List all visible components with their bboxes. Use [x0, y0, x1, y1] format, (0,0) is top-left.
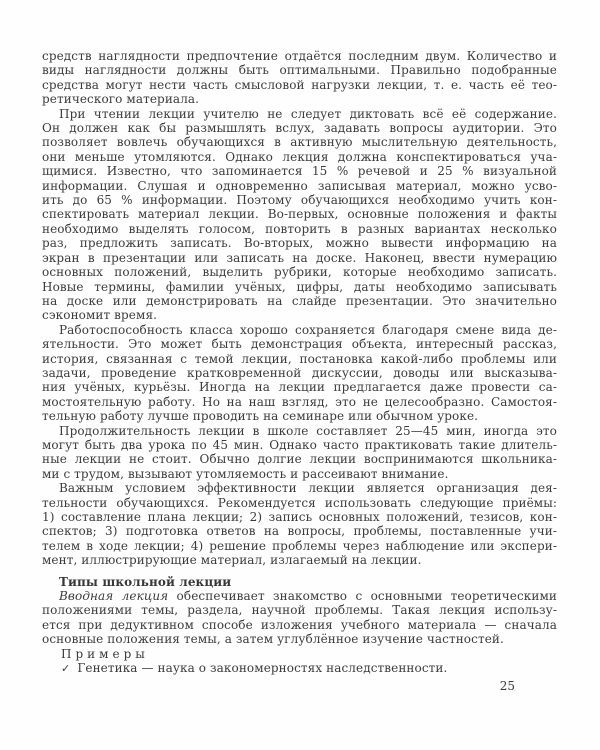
text-line: ные лекции не стоит. Обычно долгие лекци… [42, 452, 557, 466]
paragraph: Вводная лекция обеспечивает знакомство с… [42, 589, 557, 647]
text-line: телем в ходе лекции; 4) решение проблемы… [42, 539, 557, 553]
text-line: Он должен как бы размышлять вслух, задав… [42, 121, 557, 135]
book-page: средств наглядности предпочтение отдаётс… [0, 0, 600, 750]
text-line: положениями темы, раздела, научной пробл… [42, 603, 557, 617]
text-line: спектировать материал лекции. Во-первых,… [42, 207, 557, 221]
paragraph: При чтении лекции учителю не следует дик… [42, 107, 557, 323]
paragraph: средств наглядности предпочтение отдаётс… [42, 49, 557, 107]
text-line: на доске или демонстрировать на слайде п… [42, 294, 557, 308]
text-line: Продолжительность лекции в школе составл… [42, 424, 557, 438]
text-line: мостоятельную работу. Но на наш взгляд, … [42, 395, 557, 409]
text-line: тельную работу лучше проводить на семина… [42, 409, 557, 423]
paragraph: Продолжительность лекции в школе составл… [42, 424, 557, 482]
text-line: ется при дедуктивном способе изложения у… [42, 618, 557, 632]
text-line: тельности обучающихся. Рекомендуется исп… [42, 496, 557, 510]
text-line: щимися. Известно, что запоминается 15 % … [42, 164, 557, 178]
text-line: средства могут нести часть смысловой наг… [42, 78, 557, 92]
text-line: ми с трудом, вызывают утомляемость и рас… [42, 467, 557, 481]
text-line: необходимо выделять голосом, повторить в… [42, 222, 557, 236]
section-heading: Типы школьной лекции [42, 575, 557, 589]
text-line: основные положения темы, а затем углублё… [42, 632, 557, 646]
text-segment: обеспечивает знакомство с основными теор… [168, 589, 557, 603]
text-line: При чтении лекции учителю не следует дик… [42, 107, 557, 121]
example-item: ✓Генетика — наука о закономерностях насл… [42, 661, 557, 676]
text-line: 1) составление плана лекции; 2) запись о… [42, 510, 557, 524]
text-column: средств наглядности предпочтение отдаётс… [42, 49, 557, 676]
example-text: Генетика — наука о закономерностях насле… [77, 661, 447, 675]
text-line: виды наглядности должны быть оптимальным… [42, 63, 557, 77]
checkmark-icon: ✓ [61, 662, 70, 676]
text-line: они меньше утомляются. Однако лекция дол… [42, 150, 557, 164]
text-line: раз, предложить записать. Во-вторых, мож… [42, 236, 557, 250]
text-line: основных положений, выделить рубрики, ко… [42, 265, 557, 279]
text-line: ретического материала. [42, 92, 557, 106]
text-line: мент, иллюстрирующие материал, излагаемы… [42, 553, 557, 567]
text-line: Работоспособность класса хорошо сохраняе… [42, 323, 557, 337]
text-line: ить до 65 % информации. Поэтому обучающи… [42, 193, 557, 207]
lead-term: Вводная лекция [59, 589, 168, 603]
text-line: средств наглядности предпочтение отдаётс… [42, 49, 557, 63]
text-line: позволяет вовлечь обучающихся в активную… [42, 135, 557, 149]
text-line: информации. Слушая и одновременно записы… [42, 179, 557, 193]
text-line: могут быть два урока по 45 мин. Однако ч… [42, 438, 557, 452]
text-line: Важным условием эффективности лекции явл… [42, 481, 557, 495]
text-line: история, связанная с темой лекции, поста… [42, 352, 557, 366]
page-number: 25 [500, 679, 515, 693]
text-line: спектов; 3) подготовка ответов на вопрос… [42, 524, 557, 538]
text-line: сэкономит время. [42, 308, 557, 322]
examples-label: Примеры [42, 647, 557, 661]
paragraph: Важным условием эффективности лекции явл… [42, 481, 557, 567]
text-line: Новые термины, фамилии учёных, цифры, да… [42, 280, 557, 294]
text-line: Вводная лекция обеспечивает знакомство с… [42, 589, 557, 603]
text-line: экран в презентации или записать на доск… [42, 251, 557, 265]
text-line: ния учёных, курьёзы. Иногда на лекции пр… [42, 380, 557, 394]
paragraph: Работоспособность класса хорошо сохраняе… [42, 323, 557, 424]
text-line: ятельности. Это может быть демонстрация … [42, 337, 557, 351]
text-line: задачи, проведение кратковременной диску… [42, 366, 557, 380]
